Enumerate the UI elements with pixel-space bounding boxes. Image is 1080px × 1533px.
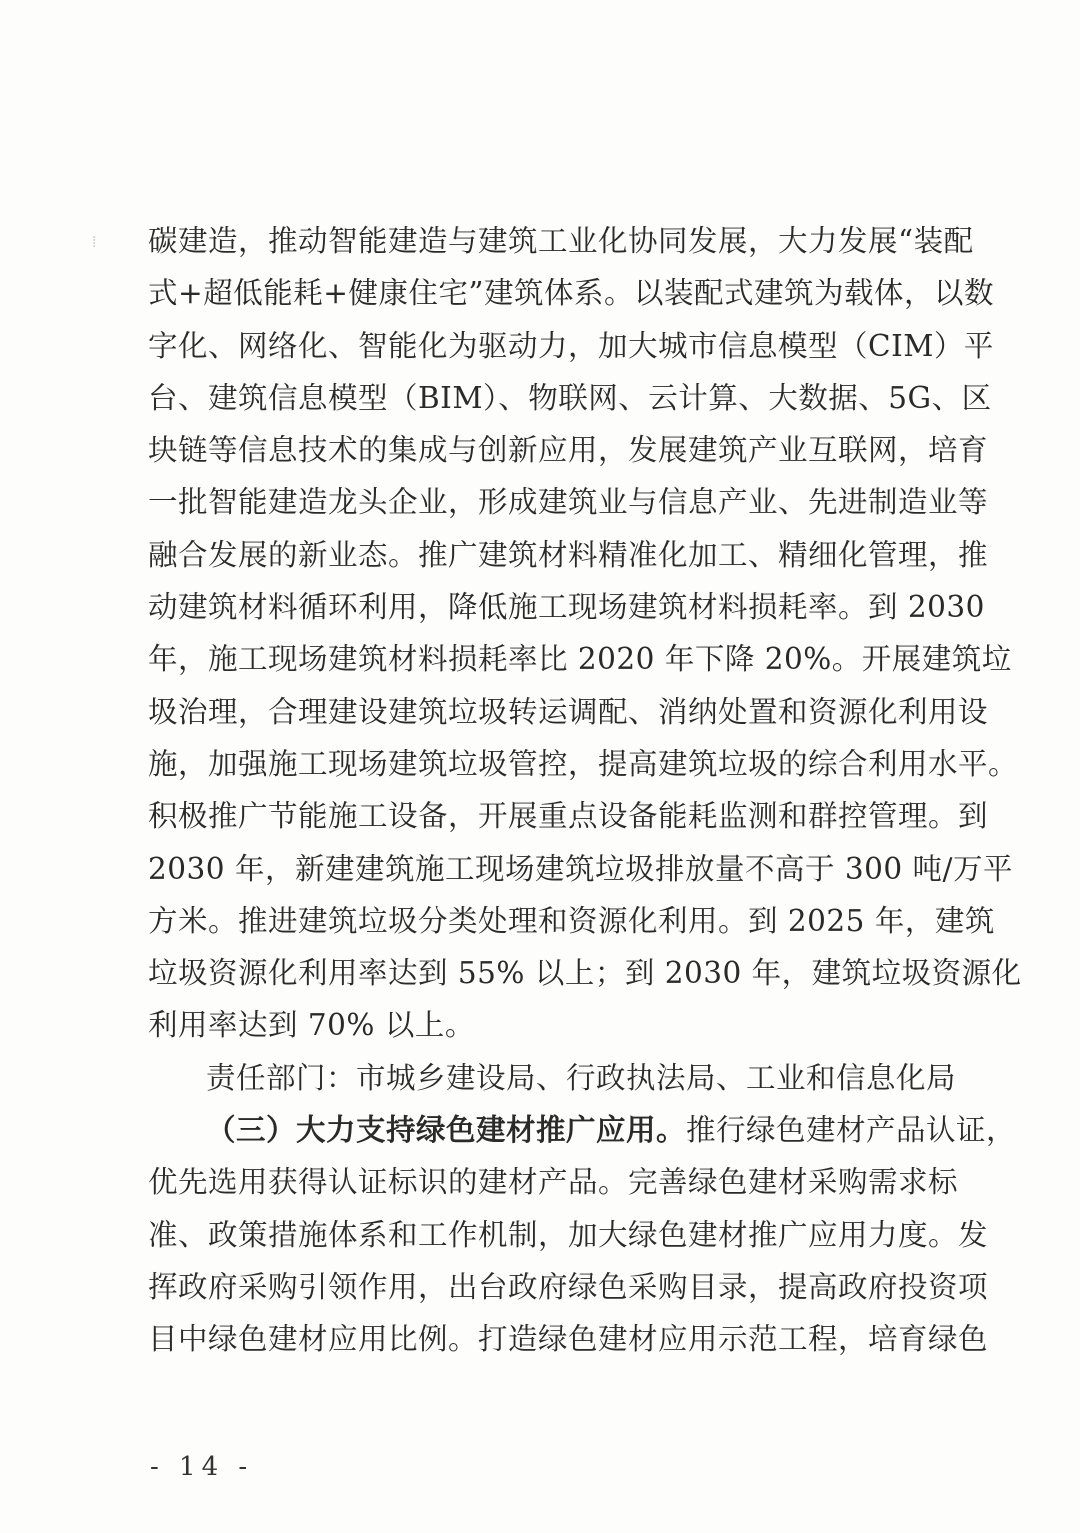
paragraph-line: 动建筑材料循环利用，降低施工现场建筑材料损耗率。到 2030 (148, 581, 950, 633)
paragraph-line: 融合发展的新业态。推广建筑材料精准化加工、精细化管理，推 (148, 529, 950, 581)
document-page: ⁞ 碳建造，推动智能建造与建筑工业化协同发展，大力发展“装配 式+超低能耗+健康… (0, 0, 1080, 1533)
paragraph-line: 圾治理，合理建设建筑垃圾转运调配、消纳处置和资源化利用设 (148, 686, 950, 738)
scan-artifact: ⁞ (92, 232, 106, 254)
section-heading-continuation: 推行绿色建材产品认证， (686, 1113, 1016, 1147)
paragraph-line: 优先选用获得认证标识的建材产品。完善绿色建材采购需求标 (148, 1156, 950, 1208)
paragraph-line: 台、建筑信息模型（BIM）、物联网、云计算、大数据、5G、区 (148, 372, 950, 424)
paragraph-line: 利用率达到 70% 以上。 (148, 999, 950, 1051)
paragraph-line: 挥政府采购引领作用，出台政府绿色采购目录，提高政府投资项 (148, 1261, 950, 1313)
paragraph-line: 积极推广节能施工设备，开展重点设备能耗监测和群控管理。到 (148, 790, 950, 842)
paragraph-line: 准、政策措施体系和工作机制，加大绿色建材推广应用力度。发 (148, 1209, 950, 1261)
paragraph-line: 块链等信息技术的集成与创新应用，发展建筑产业互联网，培育 (148, 424, 950, 476)
paragraph-line: 目中绿色建材应用比例。打造绿色建材应用示范工程，培育绿色 (148, 1313, 950, 1365)
section-heading: （三）大力支持绿色建材推广应用。 (206, 1112, 686, 1147)
section-heading-line: （三）大力支持绿色建材推广应用。推行绿色建材产品认证， (148, 1104, 950, 1156)
paragraph-line: 字化、网络化、智能化为驱动力，加大城市信息模型（CIM）平 (148, 320, 950, 372)
body-text: 碳建造，推动智能建造与建筑工业化协同发展，大力发展“装配 式+超低能耗+健康住宅… (148, 215, 950, 1366)
paragraph-line: 一批智能建造龙头企业，形成建筑业与信息产业、先进制造业等 (148, 476, 950, 528)
paragraph-line: 施，加强施工现场建筑垃圾管控，提高建筑垃圾的综合利用水平。 (148, 738, 950, 790)
paragraph-line: 垃圾资源化利用率达到 55% 以上；到 2030 年，建筑垃圾资源化 (148, 947, 950, 999)
paragraph-line: 方米。推进建筑垃圾分类处理和资源化利用。到 2025 年，建筑 (148, 895, 950, 947)
paragraph-line: 年，施工现场建筑材料损耗率比 2020 年下降 20%。开展建筑垃 (148, 633, 950, 685)
paragraph-line: 碳建造，推动智能建造与建筑工业化协同发展，大力发展“装配 (148, 215, 950, 267)
page-number: - 14 - (150, 1452, 253, 1482)
paragraph-line: 式+超低能耗+健康住宅”建筑体系。以装配式建筑为载体，以数 (148, 267, 950, 319)
paragraph-line: 2030 年，新建建筑施工现场建筑垃圾排放量不高于 300 吨/万平 (148, 843, 950, 895)
responsible-departments: 责任部门：市城乡建设局、行政执法局、工业和信息化局 (148, 1052, 950, 1104)
